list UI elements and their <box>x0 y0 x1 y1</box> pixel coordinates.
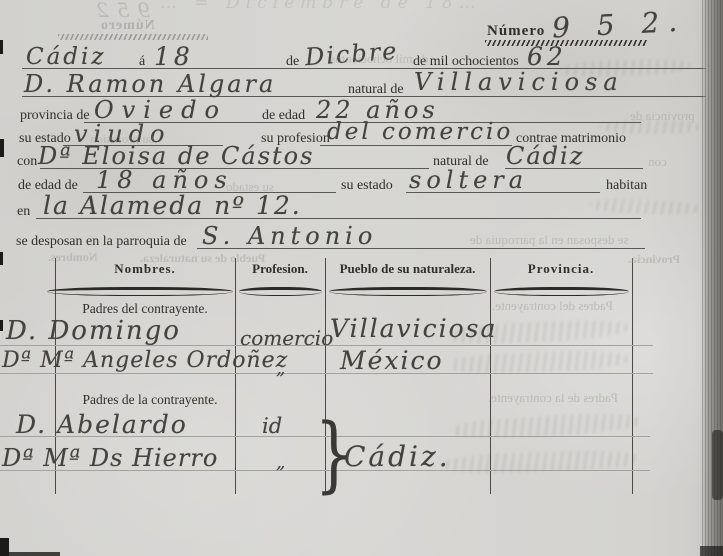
table-section-bride-parents: Padres de la contrayente. <box>60 392 240 408</box>
ghost-scribble <box>448 349 629 375</box>
label-en: en <box>17 204 30 220</box>
ghost-scribble <box>440 449 641 476</box>
ghost-numero-label: Número <box>100 18 155 34</box>
bottom-edge-shadow <box>0 552 60 556</box>
table-row-rule <box>0 373 653 374</box>
scan-artifact <box>0 320 3 331</box>
table-section-groom-parents: Padres del contrayente. <box>55 301 235 317</box>
label-se-desposan: se desposan en la parroquia de <box>16 234 187 250</box>
ghost-de-mil-ochocientos: de mil ochocientos <box>330 51 428 67</box>
label-con: con <box>17 154 37 170</box>
cell-father-profession: comercio <box>240 326 333 350</box>
header-rule <box>47 287 233 296</box>
edge-smudge <box>712 430 723 500</box>
ghost-rope-ornament <box>58 34 208 40</box>
entry-bride-age: 18 años <box>96 166 233 194</box>
entry-city: Cádiz <box>26 44 107 70</box>
ghost-section-bride-parents: Padres de la contrayente. <box>488 390 618 406</box>
entry-groom-profession: del comercio <box>327 119 513 145</box>
label-habitan: habitan <box>606 178 647 194</box>
ghost-scribble <box>560 58 690 79</box>
ghost-header-provincia: Provincia. <box>628 252 680 267</box>
numero-label: Número <box>487 23 545 40</box>
ghost-con: con <box>648 154 667 170</box>
corner-shadow <box>700 546 723 556</box>
entry-groom-name: D. Ramon Algara <box>24 70 276 98</box>
ghost-su-profesion: su profesion <box>90 131 154 147</box>
scanned-marriage-register-page: … = Diciembre de 18… 952 Número Número 9… <box>0 0 723 556</box>
label-de-edad: de edad <box>262 108 305 124</box>
scan-artifact <box>0 252 3 265</box>
scan-artifact <box>0 40 3 54</box>
cell-mother-profession-ditto: „ <box>276 358 285 379</box>
ghost-se-desposan: se desposan en la parroquia de <box>470 232 628 248</box>
label-a: á <box>139 54 145 70</box>
ghost-scribble <box>600 120 700 134</box>
numero-value: 9 5 2. <box>551 5 687 45</box>
scan-artifact <box>0 139 4 157</box>
baseline-rule <box>320 145 512 146</box>
table-header-pueblo: Pueblo de su naturaleza. <box>325 261 490 277</box>
cell-shared-pueblo: Cádiz. <box>344 440 451 473</box>
header-rule <box>329 287 487 296</box>
entry-bride-status: soltera <box>409 166 528 194</box>
ghost-section-groom-parents: Padres del contrayente. <box>492 298 613 314</box>
cell-bride-father-profession: id <box>262 414 282 438</box>
ghost-scribble <box>590 198 700 216</box>
ghost-su-estado: su estado <box>226 179 274 195</box>
entry-address: la Alameda nº 12. <box>43 191 302 220</box>
header-rule <box>494 287 629 296</box>
cell-mother-name: Dª Mª Angeles Ordoñez <box>2 348 288 373</box>
cell-mother-pueblo: México <box>340 346 444 375</box>
entry-parish: S. Antonio <box>202 222 377 250</box>
label-de: de <box>286 54 299 70</box>
cell-bride-mother-profession-ditto: „ <box>276 452 285 473</box>
header-rule <box>239 287 322 296</box>
table-divider-1 <box>235 258 236 494</box>
table-header-provincia: Provincia. <box>490 261 632 277</box>
table-header-nombres: Nombres. <box>55 261 235 277</box>
label-su-estado-2: su estado <box>341 178 393 194</box>
cell-bride-mother-name: Dª Mª Ds Hierro <box>2 444 218 472</box>
ghost-top-script: … = Diciembre de 18… <box>160 0 482 13</box>
cell-bride-father-name: D. Abelardo <box>16 410 188 439</box>
entry-day: 18 <box>154 42 194 71</box>
cell-father-name: D. Domingo <box>6 316 181 346</box>
table-header-profesion: Profesion. <box>235 261 325 277</box>
